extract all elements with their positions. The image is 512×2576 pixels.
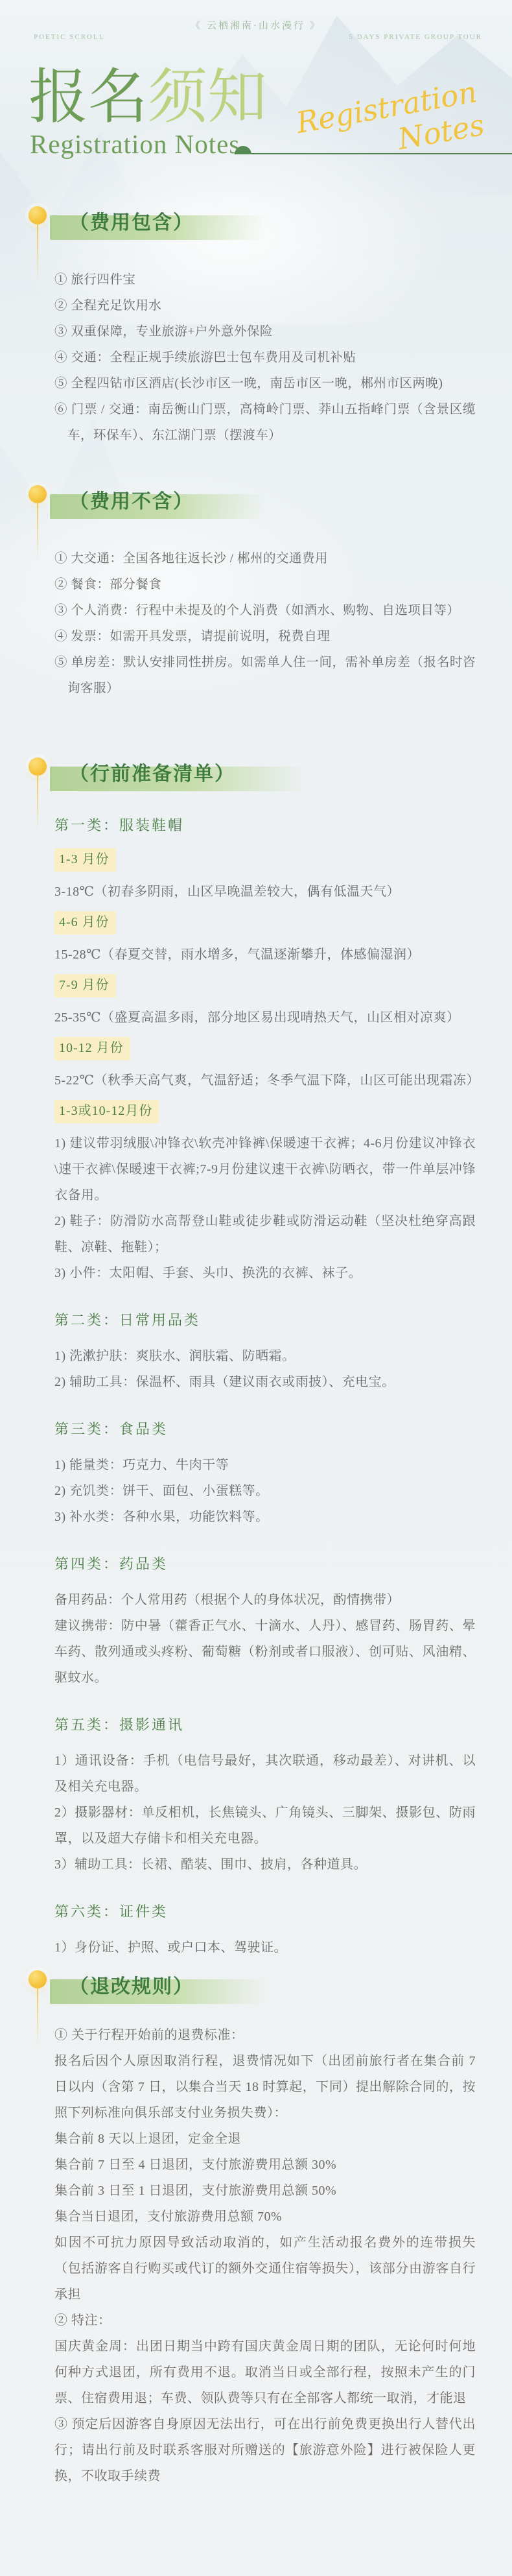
paragraph: 2) 鞋子：防滑防水高帮登山鞋或徒步鞋或防滑运动鞋（坚决杜绝穿高跟鞋、凉鞋、拖鞋… <box>54 1208 476 1260</box>
item-list: ① 旅行四件宝② 全程充足饮用水③ 双重保障，专业旅游+户外意外保险④ 交通：全… <box>54 267 476 449</box>
list-item: ⑤ 单房差：默认安排同性拼房。如需单人住一间，需补单房差（报名时咨询客服） <box>54 650 476 702</box>
paragraph: 报名后因个人原因取消行程，退费情况如下（出团前旅行者在集合前 7 日以内（含第 … <box>54 2048 476 2126</box>
paragraph: 2) 辅助工具：保温杯、雨具（建议雨衣或雨披）、充电宝。 <box>54 1369 476 1395</box>
list-item: ④ 交通：全程正规手续旅游巴士包车费用及司机补贴 <box>54 345 476 371</box>
section-fees-excluded: （费用不含）① 大交通：全国各地往返长沙 / 郴州的交通费用② 餐食：部分餐食③… <box>29 485 482 702</box>
paragraph: 国庆黄金周：出团日期当中跨有国庆黄金周日期的团队，无论何时何地何种方式退团，所有… <box>54 2333 476 2411</box>
list-item: ② 餐食：部分餐食 <box>54 572 476 598</box>
month-label: 1-3 月份 <box>54 848 116 872</box>
paragraph: ① 关于行程开始前的退费标准： <box>54 2022 476 2048</box>
section-refund-rules: （退改规则）① 关于行程开始前的退费标准：报名后因个人原因取消行程，退费情况如下… <box>29 1970 482 2489</box>
section-body: ① 大交通：全国各地往返长沙 / 郴州的交通费用② 餐食：部分餐食③ 个人消费：… <box>54 546 476 702</box>
paragraph: 3）辅助工具：长裙、酷装、围巾、披肩，各种道具。 <box>54 1852 476 1878</box>
paragraph: 1）通讯设备：手机（电信号最好，其次联通，移动最差）、对讲机、以及相关充电器。 <box>54 1748 476 1800</box>
section-title-band: （费用包含） <box>50 215 265 240</box>
paragraph: 5-22℃（秋季天高气爽，气温舒适；冬季气温下降，山区可能出现霜冻） <box>54 1067 476 1093</box>
bullet-dot-icon <box>29 485 47 503</box>
section-title: （行前准备清单） <box>69 762 235 787</box>
paragraph: 集合当日退团，支付旅游费用总额 70% <box>54 2204 476 2230</box>
section-title-band: （费用不含） <box>50 494 265 519</box>
section-header: （费用包含） <box>29 206 482 241</box>
category-heading: 第四类：药品类 <box>54 1555 476 1574</box>
paragraph: 集合前 3 日至 1 日退团，支付旅游费用总额 50% <box>54 2178 476 2204</box>
list-item: ② 全程充足饮用水 <box>54 293 476 319</box>
item-list: ① 大交通：全国各地往返长沙 / 郴州的交通费用② 餐食：部分餐食③ 个人消费：… <box>54 546 476 702</box>
paragraph: 15-28℃（春夏交替，雨水增多，气温逐渐攀升，体感偏湿润） <box>54 942 476 968</box>
section-title: （费用包含） <box>69 211 194 235</box>
section-title-band: （行前准备清单） <box>50 767 307 791</box>
category-heading: 第五类：摄影通讯 <box>54 1715 476 1735</box>
sections: （费用包含）① 旅行四件宝② 全程充足饮用水③ 双重保障，专业旅游+户外意外保险… <box>0 0 512 2576</box>
section-title-band: （退改规则） <box>50 1979 265 2004</box>
category-heading: 第三类：食品类 <box>54 1420 476 1439</box>
list-item: ③ 双重保障，专业旅游+户外意外保险 <box>54 319 476 345</box>
section-header: （费用不含） <box>29 485 482 519</box>
section-body: ① 旅行四件宝② 全程充足饮用水③ 双重保障，专业旅游+户外意外保险④ 交通：全… <box>54 267 476 449</box>
paragraph: 集合前 8 天以上退团，定金全退 <box>54 2126 476 2152</box>
list-item: ① 大交通：全国各地往返长沙 / 郴州的交通费用 <box>54 546 476 572</box>
paragraph: 建议携带：防中暑（藿香正气水、十滴水、人丹）、感冒药、肠胃药、晕车药、散列通或头… <box>54 1613 476 1691</box>
category-heading: 第六类：证件类 <box>54 1902 476 1922</box>
month-label: 1-3或10-12月份 <box>54 1100 159 1123</box>
section-title: （费用不含） <box>69 490 194 514</box>
paragraph: 1) 能量类：巧克力、牛肉干等 <box>54 1452 476 1478</box>
month-label: 10-12 月份 <box>54 1037 130 1060</box>
paragraph: 集合前 7 日至 4 日退团，支付旅游费用总额 30% <box>54 2152 476 2178</box>
paragraph: 3) 小件：太阳帽、手套、头巾、换洗的衣裤、袜子。 <box>54 1260 476 1286</box>
section-body: ① 关于行程开始前的退费标准：报名后因个人原因取消行程，退费情况如下（出团前旅行… <box>54 2022 476 2489</box>
paragraph: 备用药品：个人常用药（根据个人的身体状况，酌情携带） <box>54 1587 476 1613</box>
bullet-stick <box>37 774 38 834</box>
paragraph: 1) 洗漱护肤：爽肤水、润肤霜、防晒霜。 <box>54 1343 476 1369</box>
paragraph: 3) 补水类：各种水果，功能饮料等。 <box>54 1504 476 1530</box>
category-heading: 第二类：日常用品类 <box>54 1311 476 1330</box>
section-title: （退改规则） <box>69 1975 194 1999</box>
month-label: 4-6 月份 <box>54 911 116 935</box>
list-item: ⑥ 门票 / 交通：南岳衡山门票，高椅岭门票、莽山五指峰门票（含景区缆车，环保车… <box>54 397 476 449</box>
section-header: （退改规则） <box>29 1970 482 2005</box>
paragraph: 2) 充饥类：饼干、面包、小蛋糕等。 <box>54 1478 476 1504</box>
section-packing-list: （行前准备清单）第一类：服装鞋帽1-3 月份3-18℃（初春多阴雨，山区早晚温差… <box>29 757 482 1961</box>
category-heading: 第一类：服装鞋帽 <box>54 816 476 835</box>
month-label: 7-9 月份 <box>54 974 116 997</box>
paragraph: 3-18℃（初春多阴雨，山区早晚温差较大，偶有低温天气） <box>54 879 476 905</box>
poster-page: 《 云栖湘南·山水漫行 》 POETIC SCROLL 5 DAYS PRIVA… <box>0 0 512 2576</box>
paragraph: 2）摄影器材：单反相机，长焦镜头、广角镜头、三脚架、摄影包、防雨罩，以及超大存储… <box>54 1800 476 1852</box>
section-fees-included: （费用包含）① 旅行四件宝② 全程充足饮用水③ 双重保障，专业旅游+户外意外保险… <box>29 206 482 449</box>
list-item: ① 旅行四件宝 <box>54 267 476 293</box>
paragraph: ② 特注： <box>54 2308 476 2333</box>
paragraph: 如因不可抗力原因导致活动取消的，如产生活动报名费外的连带损失（包括游客自行购买或… <box>54 2230 476 2308</box>
bullet-dot-icon <box>29 206 47 224</box>
paragraph: 25-35℃（盛夏高温多雨，部分地区易出现晴热天气，山区相对凉爽） <box>54 1005 476 1031</box>
list-item: ④ 发票：如需开具发票，请提前说明，税费自理 <box>54 624 476 650</box>
paragraph: 1）身份证、护照、或户口本、驾驶证。 <box>54 1935 476 1961</box>
bullet-dot-icon <box>29 757 47 776</box>
section-body: 第一类：服装鞋帽1-3 月份3-18℃（初春多阴雨，山区早晚温差较大，偶有低温天… <box>54 816 476 1961</box>
bullet-dot-icon <box>29 1970 47 1988</box>
bullet-stick <box>37 223 38 283</box>
paragraph: ③ 预定后因游客自身原因无法出行，可在出行前免费更换出行人替代出行；请出行前及时… <box>54 2411 476 2489</box>
bullet-stick <box>37 502 38 562</box>
section-header: （行前准备清单） <box>29 757 482 792</box>
list-item: ⑤ 全程四钻市区酒店(长沙市区一晚，南岳市区一晚，郴州市区两晚) <box>54 371 476 397</box>
list-item: ③ 个人消费：行程中未提及的个人消费（如酒水、购物、自选项目等） <box>54 598 476 624</box>
bullet-stick <box>37 1987 38 2047</box>
paragraph: 1) 建议带羽绒服\冲锋衣\软壳冲锋裤\保暖速干衣裤；4-6月份建议冲锋衣\速干… <box>54 1130 476 1208</box>
